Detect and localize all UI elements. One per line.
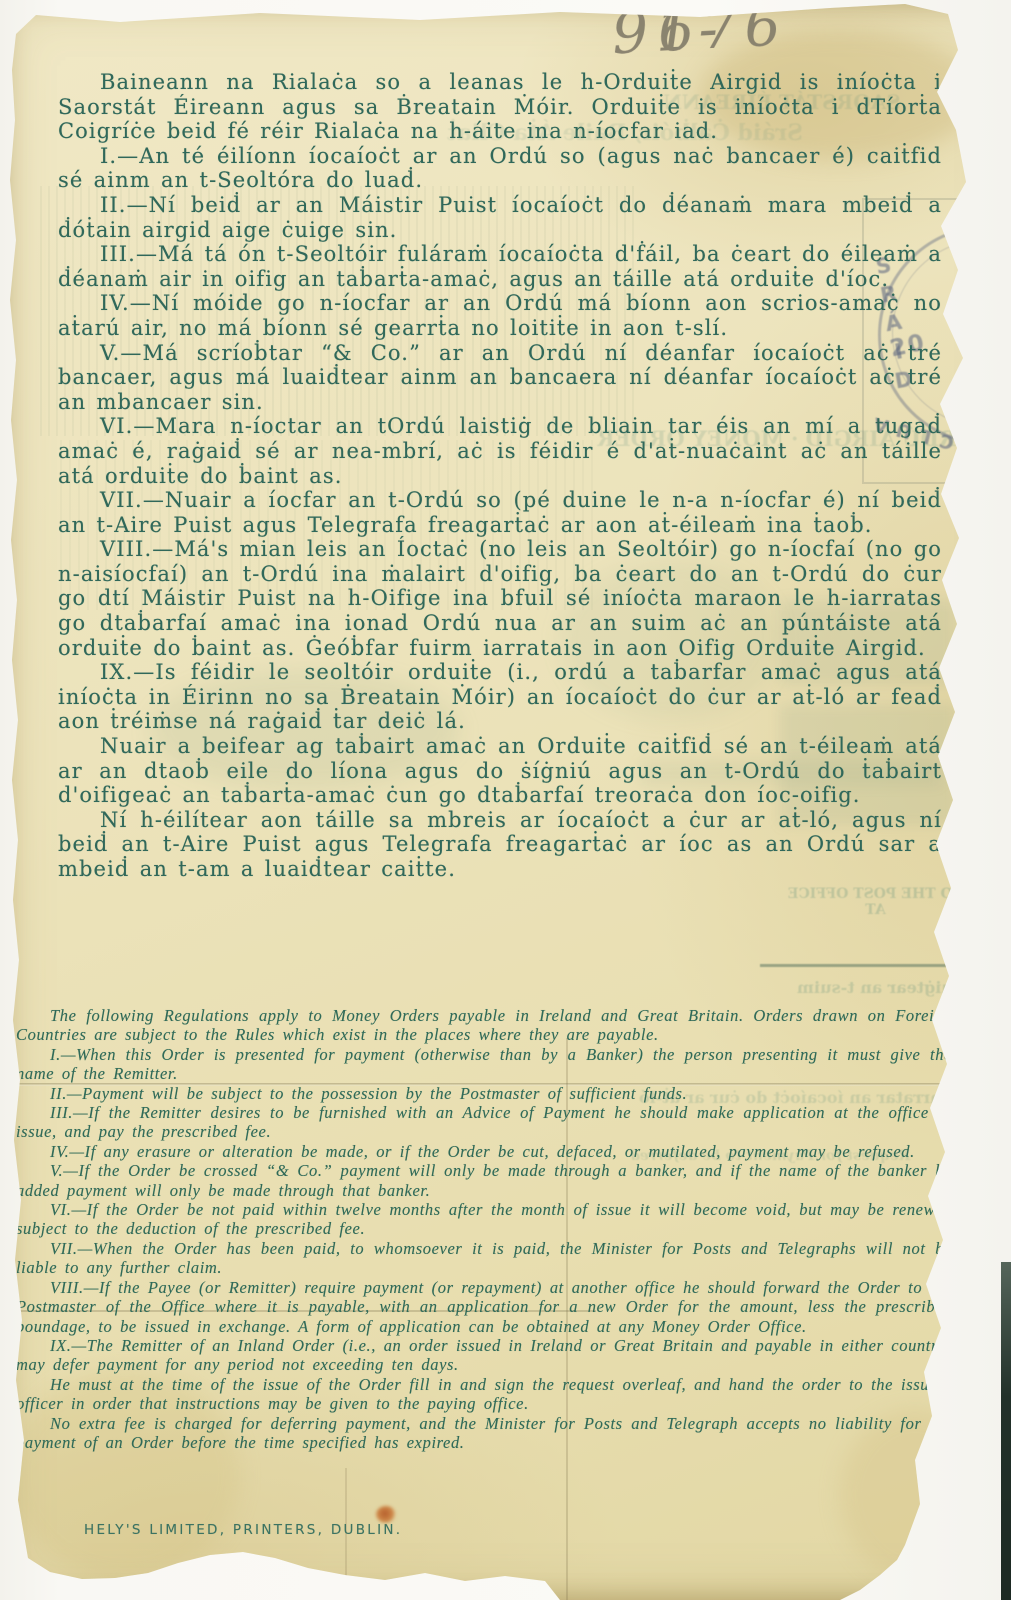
irish-rule-8: VIII.—Má's mian leis an Íoctaċ (no leis … <box>58 537 942 660</box>
irish-rule-4: IV.—Ní móide go n-íocfar ar an Ordú má b… <box>58 291 942 340</box>
scan-edge-strip <box>1001 1262 1011 1600</box>
irish-rule-1: I.—An té éilíonn íocaíoċt ar an Ordú so … <box>58 144 942 193</box>
rust-spot <box>376 1506 396 1523</box>
english-rule-3: III.—If the Remitter desires to be furni… <box>16 1103 952 1142</box>
irish-rule-7: VII.—Nuair a íocfar an t-Ordú so (pé dui… <box>58 488 942 537</box>
english-rule-2: II.—Payment will be subject to the posse… <box>16 1084 952 1103</box>
english-para-sign: He must at the time of the issue of the … <box>16 1375 952 1414</box>
english-rule-1: I.—When this Order is presented for paym… <box>16 1045 952 1084</box>
irish-rule-3: III.—Má tá ón t-Seoltóir fuláraṁ íocaíoċ… <box>58 242 942 291</box>
handwritten-pencil-number: 91-676 <box>610 0 659 67</box>
english-rule-7: VII.—When the Order has been paid, to wh… <box>16 1239 952 1278</box>
irish-regulations-block: Baineann na Rialaċa so a leanas le h-Ord… <box>58 70 942 882</box>
irish-rule-6: VI.—Mara n-íoctar an tOrdú laistiġ de bl… <box>58 414 942 488</box>
english-rule-5: V.—If the Order be crossed “& Co.” payme… <box>16 1161 952 1200</box>
money-order-back-page: SAORSTÁT ÉIREANN Sráid Ċalḃóir, Baile Áṫ… <box>0 0 1011 1600</box>
irish-para-fee: Ní h-éilítear aon táille sa mbreis ar ío… <box>58 808 942 882</box>
pencil-number-right: 676 <box>656 0 789 65</box>
english-rule-4: IV.—If any erasure or alteration be made… <box>16 1142 952 1161</box>
irish-para-issue: Nuair a beifear ag taḃairt amaċ an Ordui… <box>58 734 942 808</box>
english-rule-8: VIII.—If the Payee (or Remitter) require… <box>16 1278 952 1336</box>
english-regulations-block: The following Regulations apply to Money… <box>16 1006 952 1452</box>
english-para-no-fee: No extra fee is charged for deferring pa… <box>16 1414 952 1453</box>
english-rule-6: VI.—If the Order be not paid within twel… <box>16 1200 952 1239</box>
bleedthrough-text: TO THE POST OFFICE AT <box>778 886 973 918</box>
english-rule-9: IX.—The Remitter of an Inland Order (i.e… <box>16 1336 952 1375</box>
scanner-bed: SAORSTÁT ÉIREANN Sráid Ċalḃóir, Baile Áṫ… <box>0 0 1011 1600</box>
bleedthrough-rule-line <box>760 964 956 967</box>
irish-rule-9: IX.—Is féidir le seoltóir orduiṫe (i., o… <box>58 660 942 734</box>
irish-rule-2: II.—Ní beiḋ ar an Máistir Puist íocaíoċt… <box>58 193 942 242</box>
bleedthrough-text: Fuiġtear an t-suim <box>788 978 973 997</box>
english-intro: The following Regulations apply to Money… <box>16 1006 952 1045</box>
irish-intro: Baineann na Rialaċa so a leanas le h-Ord… <box>58 70 942 144</box>
printer-imprint: HELY'S LIMITED, PRINTERS, DUBLIN. <box>84 1522 402 1538</box>
irish-rule-5: V.—Má scríoḃtar “& Co.” ar an Ordú ní dé… <box>58 341 942 415</box>
